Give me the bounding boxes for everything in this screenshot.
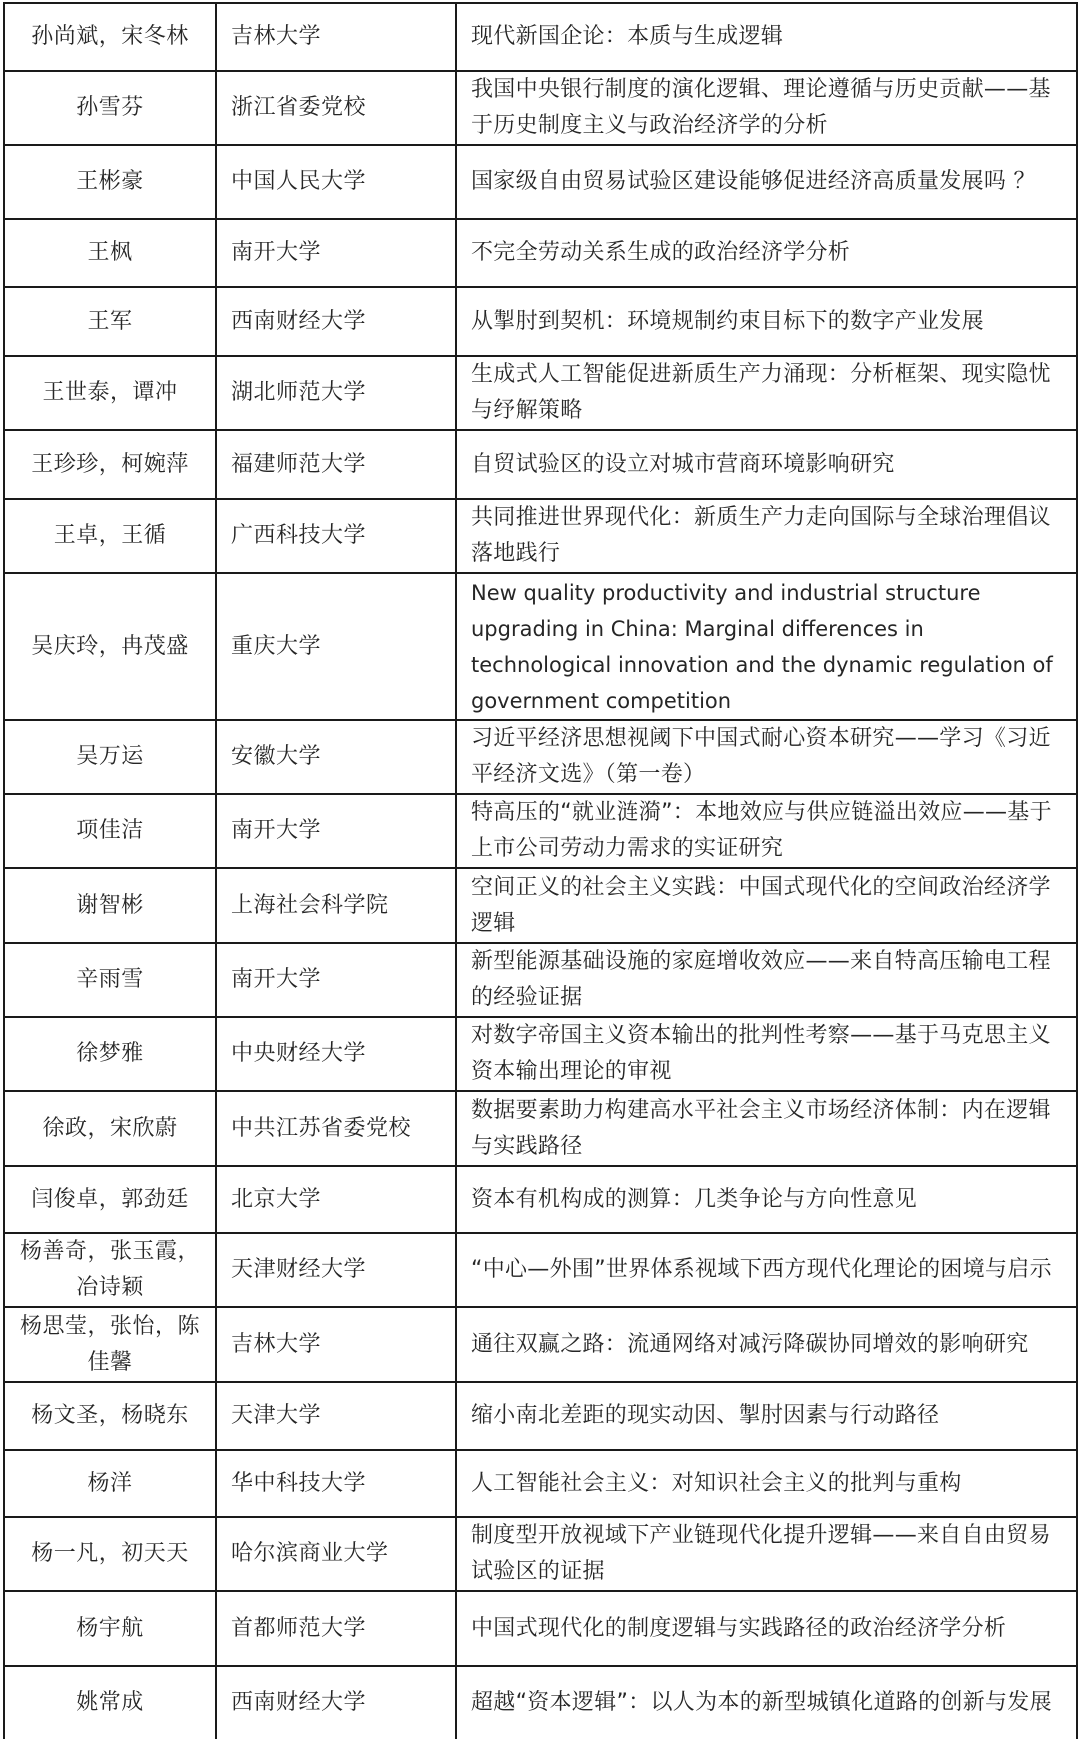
title-cell: 资本有机构成的测算：几类争论与方向性意见 bbox=[456, 1166, 1077, 1233]
institution-cell: 首都师范大学 bbox=[216, 1591, 456, 1666]
author-cell: 辛雨雪 bbox=[4, 943, 216, 1017]
institution-cell: 华中科技大学 bbox=[216, 1450, 456, 1517]
paper-list-table: 孙尚斌，宋冬林吉林大学现代新国企论：本质与生成逻辑 孙雪芬浙江省委党校我国中央银… bbox=[3, 2, 1078, 1739]
title-cell: 共同推进世界现代化：新质生产力走向国际与全球治理倡议落地践行 bbox=[456, 499, 1077, 573]
title-cell: “中心—外围”世界体系视域下西方现代化理论的困境与启示 bbox=[456, 1233, 1077, 1307]
table-row: 王彬豪中国人民大学国家级自由贸易试验区建设能够促进经济高质量发展吗 ？ bbox=[4, 145, 1077, 219]
author-cell: 王彬豪 bbox=[4, 145, 216, 219]
institution-cell: 哈尔滨商业大学 bbox=[216, 1517, 456, 1591]
table-row: 杨思莹，张怡，陈佳馨吉林大学通往双赢之路：流通网络对减污降碳协同增效的影响研究 bbox=[4, 1307, 1077, 1382]
institution-cell: 西南财经大学 bbox=[216, 1666, 456, 1739]
institution-cell: 中央财经大学 bbox=[216, 1017, 456, 1091]
table-row: 吴庆玲，冉茂盛重庆大学New quality productivity and … bbox=[4, 573, 1077, 720]
author-cell: 孙雪芬 bbox=[4, 71, 216, 145]
title-cell: 特高压的“就业涟漪”：本地效应与供应链溢出效应——基于上市公司劳动力需求的实证研… bbox=[456, 794, 1077, 868]
table-row: 闫俊卓，郭劲廷北京大学资本有机构成的测算：几类争论与方向性意见 bbox=[4, 1166, 1077, 1233]
title-cell: 对数字帝国主义资本输出的批判性考察——基于马克思主义资本输出理论的审视 bbox=[456, 1017, 1077, 1091]
institution-cell: 重庆大学 bbox=[216, 573, 456, 720]
title-cell: 习近平经济思想视阈下中国式耐心资本研究——学习《习近平经济文选》（第一卷） bbox=[456, 720, 1077, 794]
table-row: 徐政，宋欣蔚中共江苏省委党校数据要素助力构建高水平社会主义市场经济体制：内在逻辑… bbox=[4, 1091, 1077, 1166]
author-cell: 吴万运 bbox=[4, 720, 216, 794]
title-cell: 不完全劳动关系生成的政治经济学分析 bbox=[456, 219, 1077, 287]
title-cell: 新型能源基础设施的家庭增收效应——来自特高压输电工程的经验证据 bbox=[456, 943, 1077, 1017]
table-row: 杨文圣，杨晓东天津大学缩小南北差距的现实动因、掣肘因素与行动路径 bbox=[4, 1382, 1077, 1450]
author-cell: 杨善奇，张玉霞，冶诗颖 bbox=[4, 1233, 216, 1307]
title-cell: 生成式人工智能促进新质生产力涌现：分析框架、现实隐忧与纾解策略 bbox=[456, 356, 1077, 430]
title-cell: 制度型开放视域下产业链现代化提升逻辑——来自自由贸易试验区的证据 bbox=[456, 1517, 1077, 1591]
author-cell: 徐梦雅 bbox=[4, 1017, 216, 1091]
table-row: 吴万运安徽大学习近平经济思想视阈下中国式耐心资本研究——学习《习近平经济文选》（… bbox=[4, 720, 1077, 794]
table-row: 王珍珍，柯婉萍福建师范大学自贸试验区的设立对城市营商环境影响研究 bbox=[4, 430, 1077, 499]
title-cell: 人工智能社会主义：对知识社会主义的批判与重构 bbox=[456, 1450, 1077, 1517]
author-cell: 王世泰，谭冲 bbox=[4, 356, 216, 430]
author-cell: 谢智彬 bbox=[4, 868, 216, 943]
table-row: 徐梦雅中央财经大学对数字帝国主义资本输出的批判性考察——基于马克思主义资本输出理… bbox=[4, 1017, 1077, 1091]
author-cell: 孙尚斌，宋冬林 bbox=[4, 3, 216, 71]
institution-cell: 湖北师范大学 bbox=[216, 356, 456, 430]
title-cell: 国家级自由贸易试验区建设能够促进经济高质量发展吗 ？ bbox=[456, 145, 1077, 219]
author-cell: 项佳洁 bbox=[4, 794, 216, 868]
table-row: 王卓，王循广西科技大学共同推进世界现代化：新质生产力走向国际与全球治理倡议落地践… bbox=[4, 499, 1077, 573]
table-row: 谢智彬上海社会科学院空间正义的社会主义实践：中国式现代化的空间政治经济学逻辑 bbox=[4, 868, 1077, 943]
title-cell: 空间正义的社会主义实践：中国式现代化的空间政治经济学逻辑 bbox=[456, 868, 1077, 943]
author-cell: 吴庆玲，冉茂盛 bbox=[4, 573, 216, 720]
table-row: 项佳洁南开大学特高压的“就业涟漪”：本地效应与供应链溢出效应——基于上市公司劳动… bbox=[4, 794, 1077, 868]
author-cell: 杨文圣，杨晓东 bbox=[4, 1382, 216, 1450]
title-cell: 缩小南北差距的现实动因、掣肘因素与行动路径 bbox=[456, 1382, 1077, 1450]
institution-cell: 吉林大学 bbox=[216, 3, 456, 71]
institution-cell: 南开大学 bbox=[216, 943, 456, 1017]
table-row: 杨宇航首都师范大学中国式现代化的制度逻辑与实践路径的政治经济学分析 bbox=[4, 1591, 1077, 1666]
table-row: 杨一凡，初天天哈尔滨商业大学制度型开放视域下产业链现代化提升逻辑——来自自由贸易… bbox=[4, 1517, 1077, 1591]
institution-cell: 南开大学 bbox=[216, 794, 456, 868]
institution-cell: 安徽大学 bbox=[216, 720, 456, 794]
author-cell: 闫俊卓，郭劲廷 bbox=[4, 1166, 216, 1233]
institution-cell: 中共江苏省委党校 bbox=[216, 1091, 456, 1166]
institution-cell: 上海社会科学院 bbox=[216, 868, 456, 943]
author-cell: 王军 bbox=[4, 287, 216, 356]
author-cell: 杨思莹，张怡，陈佳馨 bbox=[4, 1307, 216, 1382]
institution-cell: 南开大学 bbox=[216, 219, 456, 287]
table-row: 杨洋华中科技大学人工智能社会主义：对知识社会主义的批判与重构 bbox=[4, 1450, 1077, 1517]
institution-cell: 广西科技大学 bbox=[216, 499, 456, 573]
table-row: 王枫南开大学不完全劳动关系生成的政治经济学分析 bbox=[4, 219, 1077, 287]
author-cell: 杨宇航 bbox=[4, 1591, 216, 1666]
table-body: 孙尚斌，宋冬林吉林大学现代新国企论：本质与生成逻辑 孙雪芬浙江省委党校我国中央银… bbox=[4, 3, 1077, 1739]
author-cell: 王珍珍，柯婉萍 bbox=[4, 430, 216, 499]
institution-cell: 北京大学 bbox=[216, 1166, 456, 1233]
title-cell: 我国中央银行制度的演化逻辑、理论遵循与历史贡献——基于历史制度主义与政治经济学的… bbox=[456, 71, 1077, 145]
institution-cell: 中国人民大学 bbox=[216, 145, 456, 219]
institution-cell: 浙江省委党校 bbox=[216, 71, 456, 145]
title-cell: New quality productivity and industrial … bbox=[456, 573, 1077, 720]
title-cell: 超越“资本逻辑”：以人为本的新型城镇化道路的创新与发展 bbox=[456, 1666, 1077, 1739]
title-cell: 自贸试验区的设立对城市营商环境影响研究 bbox=[456, 430, 1077, 499]
institution-cell: 福建师范大学 bbox=[216, 430, 456, 499]
table-row: 辛雨雪南开大学新型能源基础设施的家庭增收效应——来自特高压输电工程的经验证据 bbox=[4, 943, 1077, 1017]
table-row: 杨善奇，张玉霞，冶诗颖天津财经大学“中心—外围”世界体系视域下西方现代化理论的困… bbox=[4, 1233, 1077, 1307]
institution-cell: 西南财经大学 bbox=[216, 287, 456, 356]
title-cell: 数据要素助力构建高水平社会主义市场经济体制：内在逻辑与实践路径 bbox=[456, 1091, 1077, 1166]
author-cell: 王卓，王循 bbox=[4, 499, 216, 573]
author-cell: 杨洋 bbox=[4, 1450, 216, 1517]
institution-cell: 天津财经大学 bbox=[216, 1233, 456, 1307]
author-cell: 杨一凡，初天天 bbox=[4, 1517, 216, 1591]
table-row: 王军西南财经大学从掣肘到契机：环境规制约束目标下的数字产业发展 bbox=[4, 287, 1077, 356]
title-cell: 从掣肘到契机：环境规制约束目标下的数字产业发展 bbox=[456, 287, 1077, 356]
table-row: 孙雪芬浙江省委党校我国中央银行制度的演化逻辑、理论遵循与历史贡献——基于历史制度… bbox=[4, 71, 1077, 145]
table-row: 孙尚斌，宋冬林吉林大学现代新国企论：本质与生成逻辑 bbox=[4, 3, 1077, 71]
table-row: 姚常成西南财经大学超越“资本逻辑”：以人为本的新型城镇化道路的创新与发展 bbox=[4, 1666, 1077, 1739]
author-cell: 徐政，宋欣蔚 bbox=[4, 1091, 216, 1166]
institution-cell: 天津大学 bbox=[216, 1382, 456, 1450]
table-row: 王世泰，谭冲湖北师范大学生成式人工智能促进新质生产力涌现：分析框架、现实隐忧与纾… bbox=[4, 356, 1077, 430]
title-cell: 现代新国企论：本质与生成逻辑 bbox=[456, 3, 1077, 71]
title-cell: 通往双赢之路：流通网络对减污降碳协同增效的影响研究 bbox=[456, 1307, 1077, 1382]
author-cell: 姚常成 bbox=[4, 1666, 216, 1739]
author-cell: 王枫 bbox=[4, 219, 216, 287]
title-cell: 中国式现代化的制度逻辑与实践路径的政治经济学分析 bbox=[456, 1591, 1077, 1666]
institution-cell: 吉林大学 bbox=[216, 1307, 456, 1382]
